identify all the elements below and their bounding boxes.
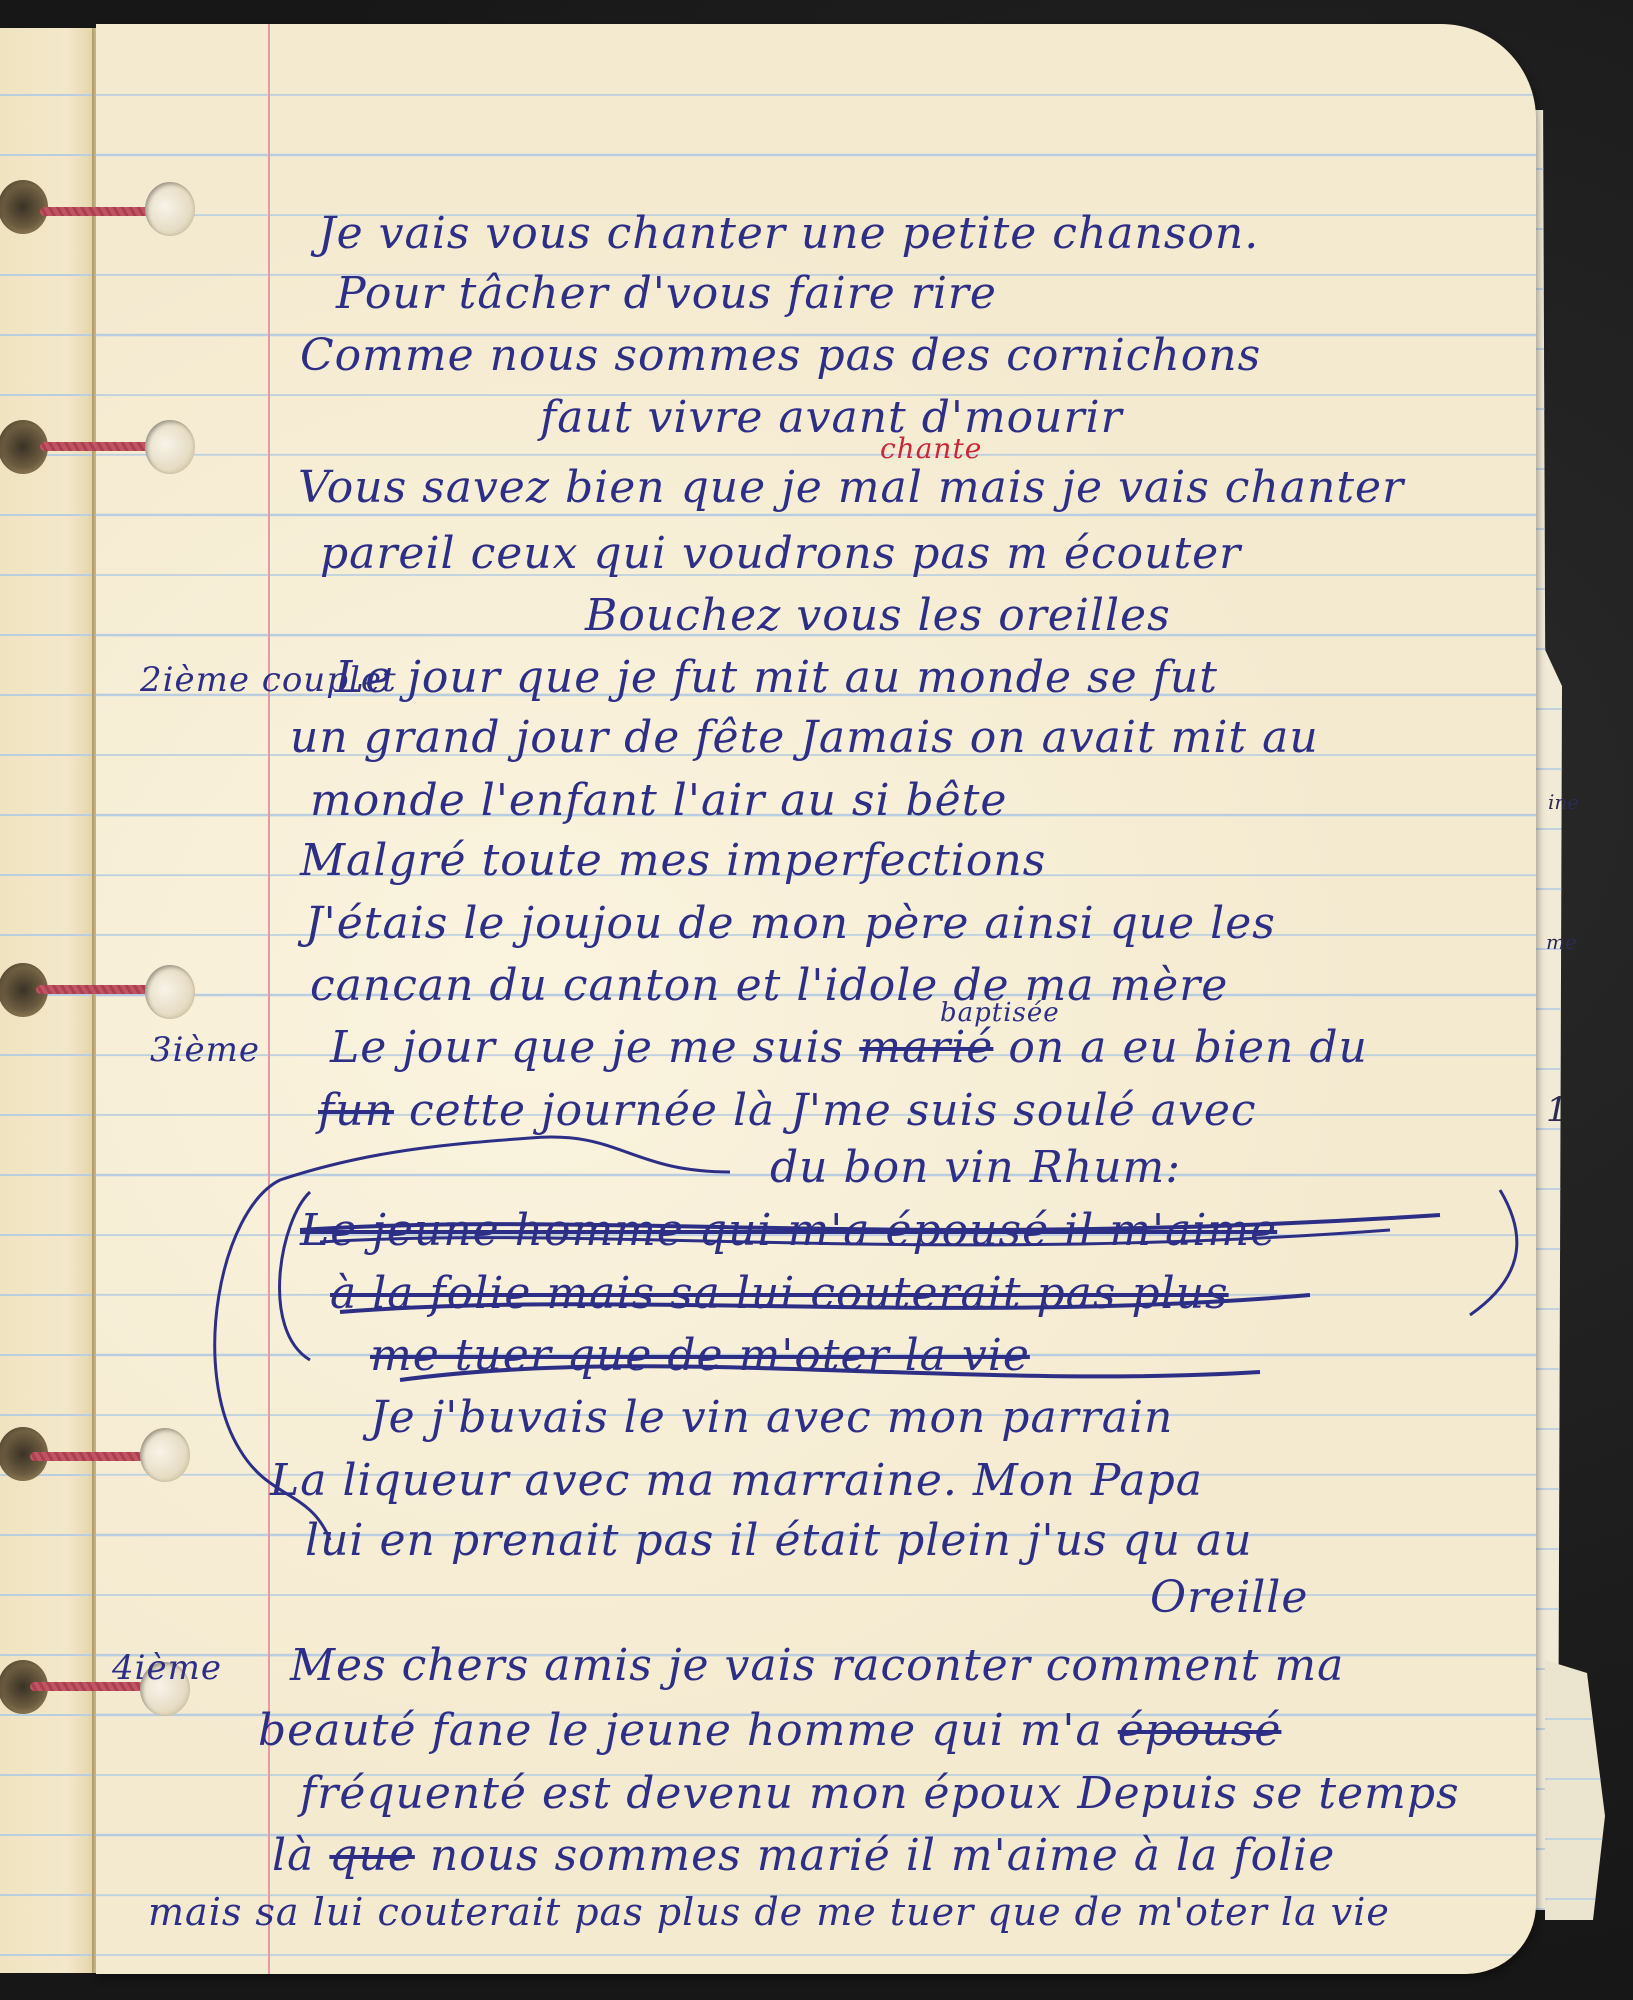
verse-label: 4ième bbox=[112, 1648, 222, 1688]
lyric-line: lui en prenait pas il était plein j'us q… bbox=[305, 1515, 1253, 1566]
edge-fragment-text: 1 bbox=[1546, 1090, 1568, 1130]
lyric-line: beauté fane le jeune homme qui m'a épous… bbox=[258, 1705, 1281, 1756]
lyric-line: Bouchez vous les oreilles bbox=[585, 590, 1171, 641]
red-correction: chante bbox=[880, 432, 982, 465]
lyric-line: Le jour que je fut mit au monde se fut bbox=[335, 652, 1218, 703]
lyric-line: monde l'enfant l'air au si bête bbox=[310, 775, 1007, 826]
lyric-line: cancan du canton et l'idole de ma mère bbox=[310, 960, 1228, 1011]
binding-hole bbox=[140, 1428, 190, 1482]
lyric-line: du bon vin Rhum: bbox=[770, 1142, 1181, 1193]
lyric-line: J'étais le joujou de mon père ainsi que … bbox=[305, 898, 1276, 949]
verse-label: 3ième bbox=[150, 1030, 260, 1070]
lyric-line: mais sa lui couterait pas plus de me tue… bbox=[148, 1890, 1390, 1934]
lyric-line: Le jour que je me suis marié on a eu bie… bbox=[330, 1022, 1368, 1073]
struck-word: épousé bbox=[1118, 1705, 1282, 1756]
struck-word: que bbox=[329, 1830, 415, 1881]
lyric-line: Pour tâcher d'vous faire rire bbox=[336, 268, 997, 319]
binding-string bbox=[40, 207, 162, 216]
binding-hole bbox=[145, 420, 195, 474]
lyric-line: La liqueur avec ma marraine. Mon Papa bbox=[270, 1455, 1203, 1506]
lyric-line: Oreille bbox=[1150, 1572, 1308, 1623]
lyric-line: fun cette journée là J'me suis soulé ave… bbox=[318, 1085, 1257, 1136]
lyric-line: Je vais vous chanter une petite chanson. bbox=[318, 208, 1259, 259]
binding-string bbox=[40, 442, 162, 451]
margin-line bbox=[268, 24, 270, 1974]
binding-hole bbox=[145, 182, 195, 236]
lyric-line: Malgré toute mes imperfections bbox=[300, 835, 1046, 886]
lyric-line: Je j'buvais le vin avec mon parrain bbox=[370, 1392, 1173, 1443]
struck-line: à la folie mais sa lui couterait pas plu… bbox=[330, 1268, 1229, 1319]
lyric-text: là bbox=[272, 1830, 314, 1881]
lyric-text: beauté fane le jeune homme qui m'a bbox=[258, 1705, 1103, 1756]
edge-fragment-text: ine bbox=[1548, 790, 1579, 814]
lyric-line: Comme nous sommes pas des cornichons bbox=[300, 330, 1261, 381]
edge-fragment-text: me bbox=[1546, 930, 1577, 954]
lyric-line: fréquenté est devenu mon époux Depuis se… bbox=[300, 1768, 1460, 1819]
struck-word: marié bbox=[859, 1022, 993, 1073]
lyric-text: Le jour que je me suis bbox=[330, 1022, 844, 1073]
lyric-text: nous sommes marié il m'aime à la folie bbox=[430, 1830, 1335, 1881]
struck-word: fun bbox=[318, 1085, 394, 1136]
lyric-line: pareil ceux qui voudrons pas m écouter bbox=[320, 528, 1241, 579]
struck-line: me tuer que de m'oter la vie bbox=[370, 1330, 1030, 1381]
lyric-line: un grand jour de fête Jamais on avait mi… bbox=[290, 712, 1319, 763]
lyric-line: faut vivre avant d'mourir bbox=[540, 392, 1123, 443]
struck-line: Le jeune homme qui m'a épousé il m'aime bbox=[300, 1205, 1277, 1256]
lyric-line: Vous savez bien que je mal mais je vais … bbox=[298, 462, 1404, 513]
binding-string bbox=[36, 985, 162, 994]
lyric-text: on a eu bien du bbox=[1008, 1022, 1368, 1073]
lyric-line: là que nous sommes marié il m'aime à la … bbox=[272, 1830, 1335, 1881]
binding-hole bbox=[145, 965, 195, 1019]
lyric-line: Mes chers amis je vais raconter comment … bbox=[290, 1640, 1344, 1691]
lyric-text: cette journée là J'me suis soulé avec bbox=[409, 1085, 1257, 1136]
